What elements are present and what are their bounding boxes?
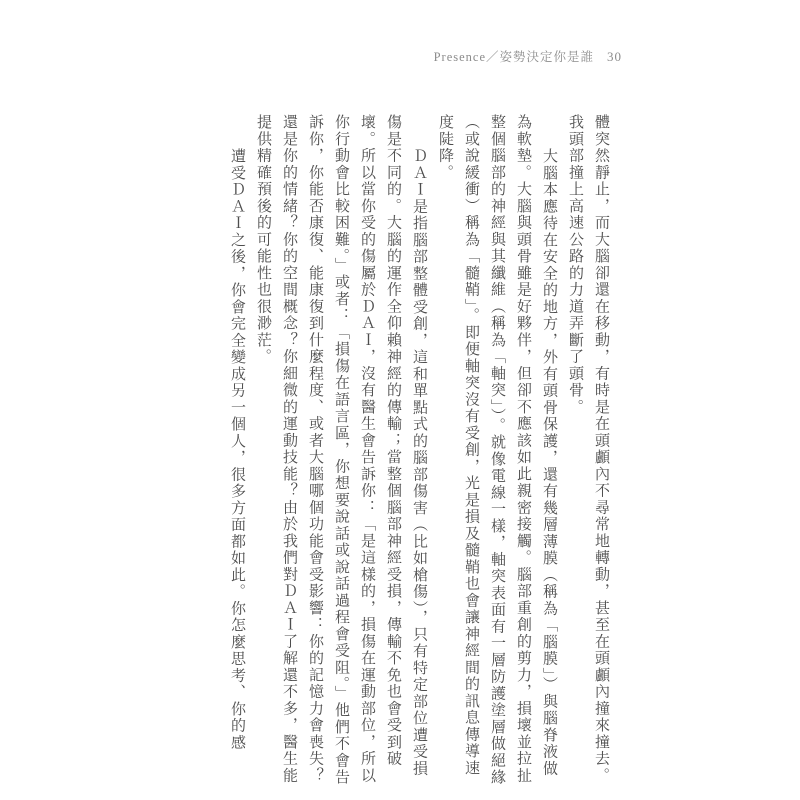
page-number: 30 (607, 49, 622, 65)
body-text-block: 體突然靜止，而大腦卻還在移動，有時是在頭顱內不尋常地轉動，甚至在頭顱內撞來撞去。… (224, 114, 614, 790)
paragraph-3: ＤＡＩ是指腦部整體受創，這和單點式的腦部傷害（比如槍傷），只有特定部位遭受損傷是… (250, 114, 432, 790)
paragraph-4: 遭受ＤＡＩ之後，你會完全變成另一個人，很多方面都如此。你怎麼思考、你的感 (224, 114, 250, 790)
paragraph-2: 大腦本應待在安全的地方，外有頭骨保護，還有幾層薄膜（稱為「腦膜」）與腦脊液做為軟… (432, 114, 562, 790)
book-page: Presence／姿勢決定你是誰 30 體突然靜止，而大腦卻還在移動，有時是在頭… (0, 0, 800, 800)
running-header: Presence／姿勢決定你是誰 30 (434, 47, 622, 65)
paragraph-1: 體突然靜止，而大腦卻還在移動，有時是在頭顱內不尋常地轉動，甚至在頭顱內撞來撞去。… (562, 114, 614, 790)
running-header-title: Presence／姿勢決定你是誰 (434, 47, 594, 65)
